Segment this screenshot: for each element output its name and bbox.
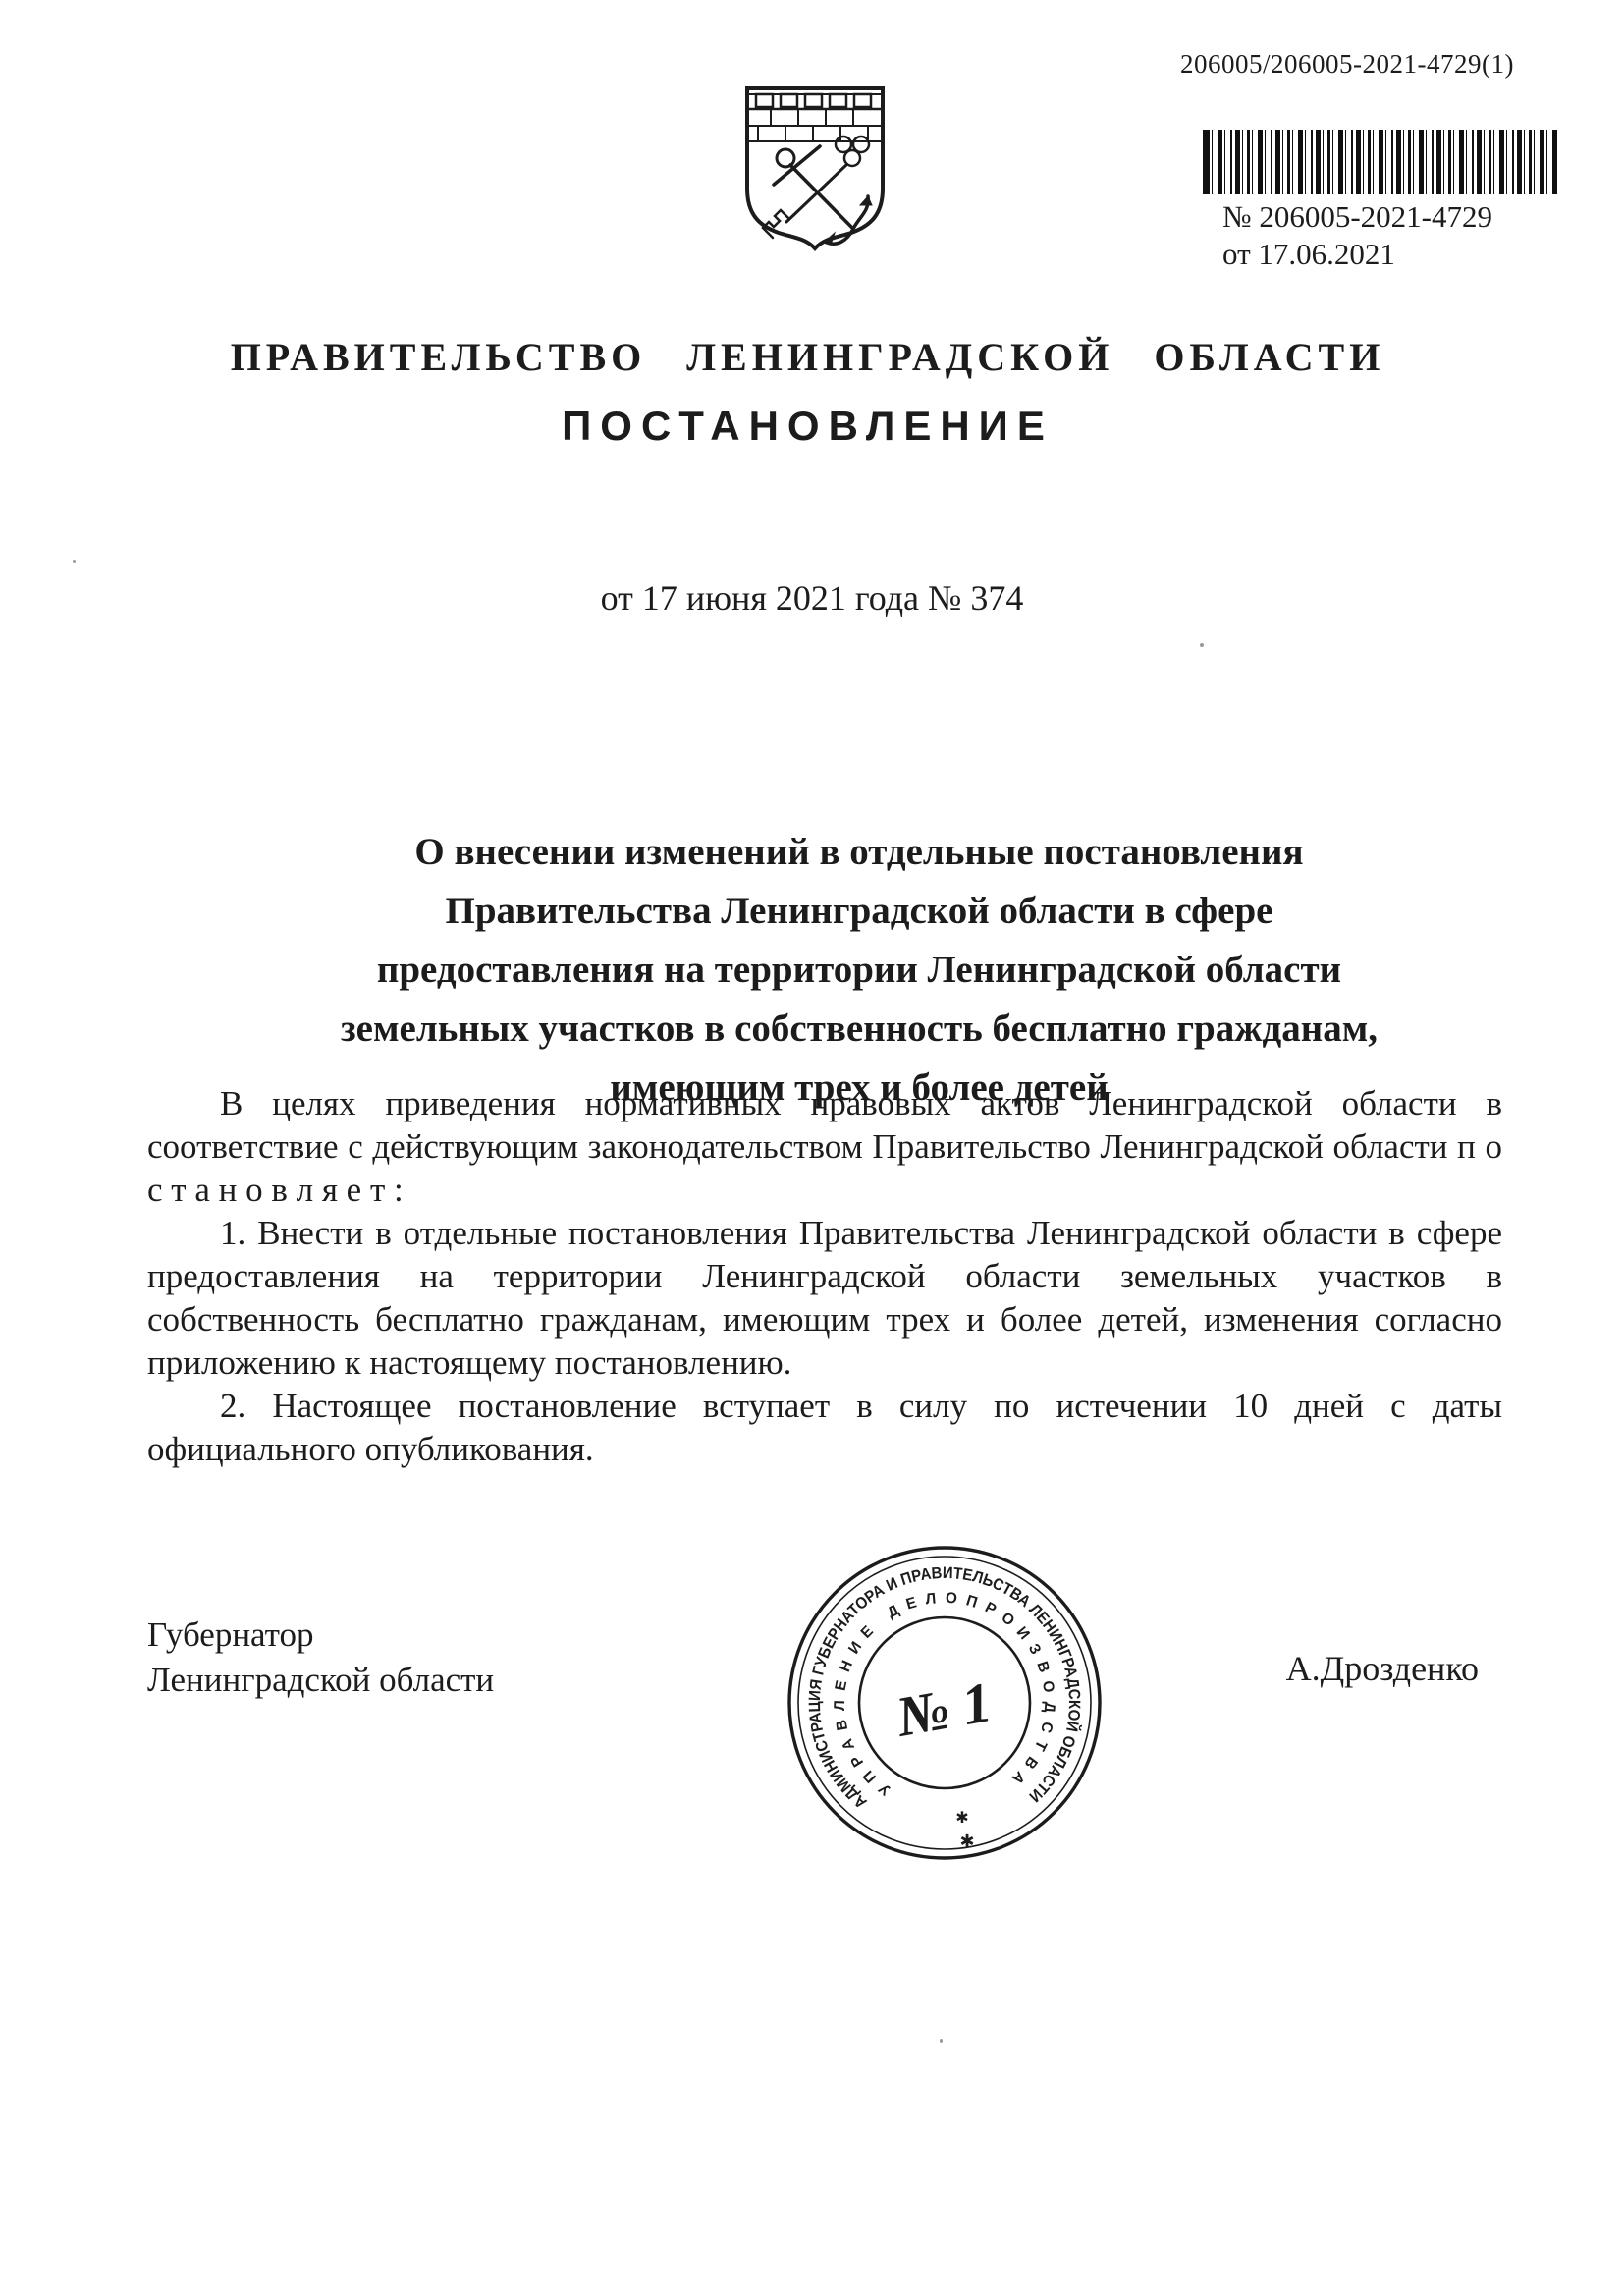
signature-position: Губернатор Ленинградской области	[147, 1613, 494, 1703]
signature-name: А.Дрозденко	[1080, 1648, 1479, 1689]
stamp-star-outer: ✱	[959, 1831, 974, 1852]
paragraph-preamble: В целях приведения нормативных правовых …	[147, 1082, 1502, 1212]
document-body: В целях приведения нормативных правовых …	[147, 1082, 1502, 1471]
scan-speck	[1200, 643, 1204, 647]
paragraph-item-2: 2. Настоящее постановление вступает в си…	[147, 1385, 1502, 1471]
paragraph-item-1: 1. Внести в отдельные постановления Прав…	[147, 1212, 1502, 1385]
barcode	[1203, 130, 1557, 194]
document-date-line: от 17 июня 2021 года № 374	[0, 577, 1624, 619]
document-page: 206005/206005-2021-4729(1)	[0, 0, 1624, 2296]
coat-of-arms-icon	[741, 82, 889, 251]
document-type-heading: ПОСТАНОВЛЕНИЕ	[0, 403, 1615, 450]
battlements	[747, 94, 883, 109]
barcode-date: от 17.06.2021	[1222, 237, 1395, 272]
scan-speck	[73, 560, 76, 563]
stamp-star-inner: ✱	[955, 1808, 968, 1827]
stamp-center-number: № 1	[891, 1669, 996, 1749]
document-title: О внесении изменений в отдельные постано…	[280, 823, 1438, 1118]
scan-speck	[940, 2039, 943, 2043]
reference-number: 206005/206005-2021-4729(1)	[1180, 49, 1514, 80]
barcode-number: № 206005-2021-4729	[1222, 199, 1492, 235]
official-stamp: АДМИНИСТРАЦИЯ ГУБЕРНАТОРА И ПРАВИТЕЛЬСТВ…	[785, 1544, 1104, 1862]
organization-name: ПРАВИТЕЛЬСТВО ЛЕНИНГРАДСКОЙ ОБЛАСТИ	[0, 334, 1615, 380]
